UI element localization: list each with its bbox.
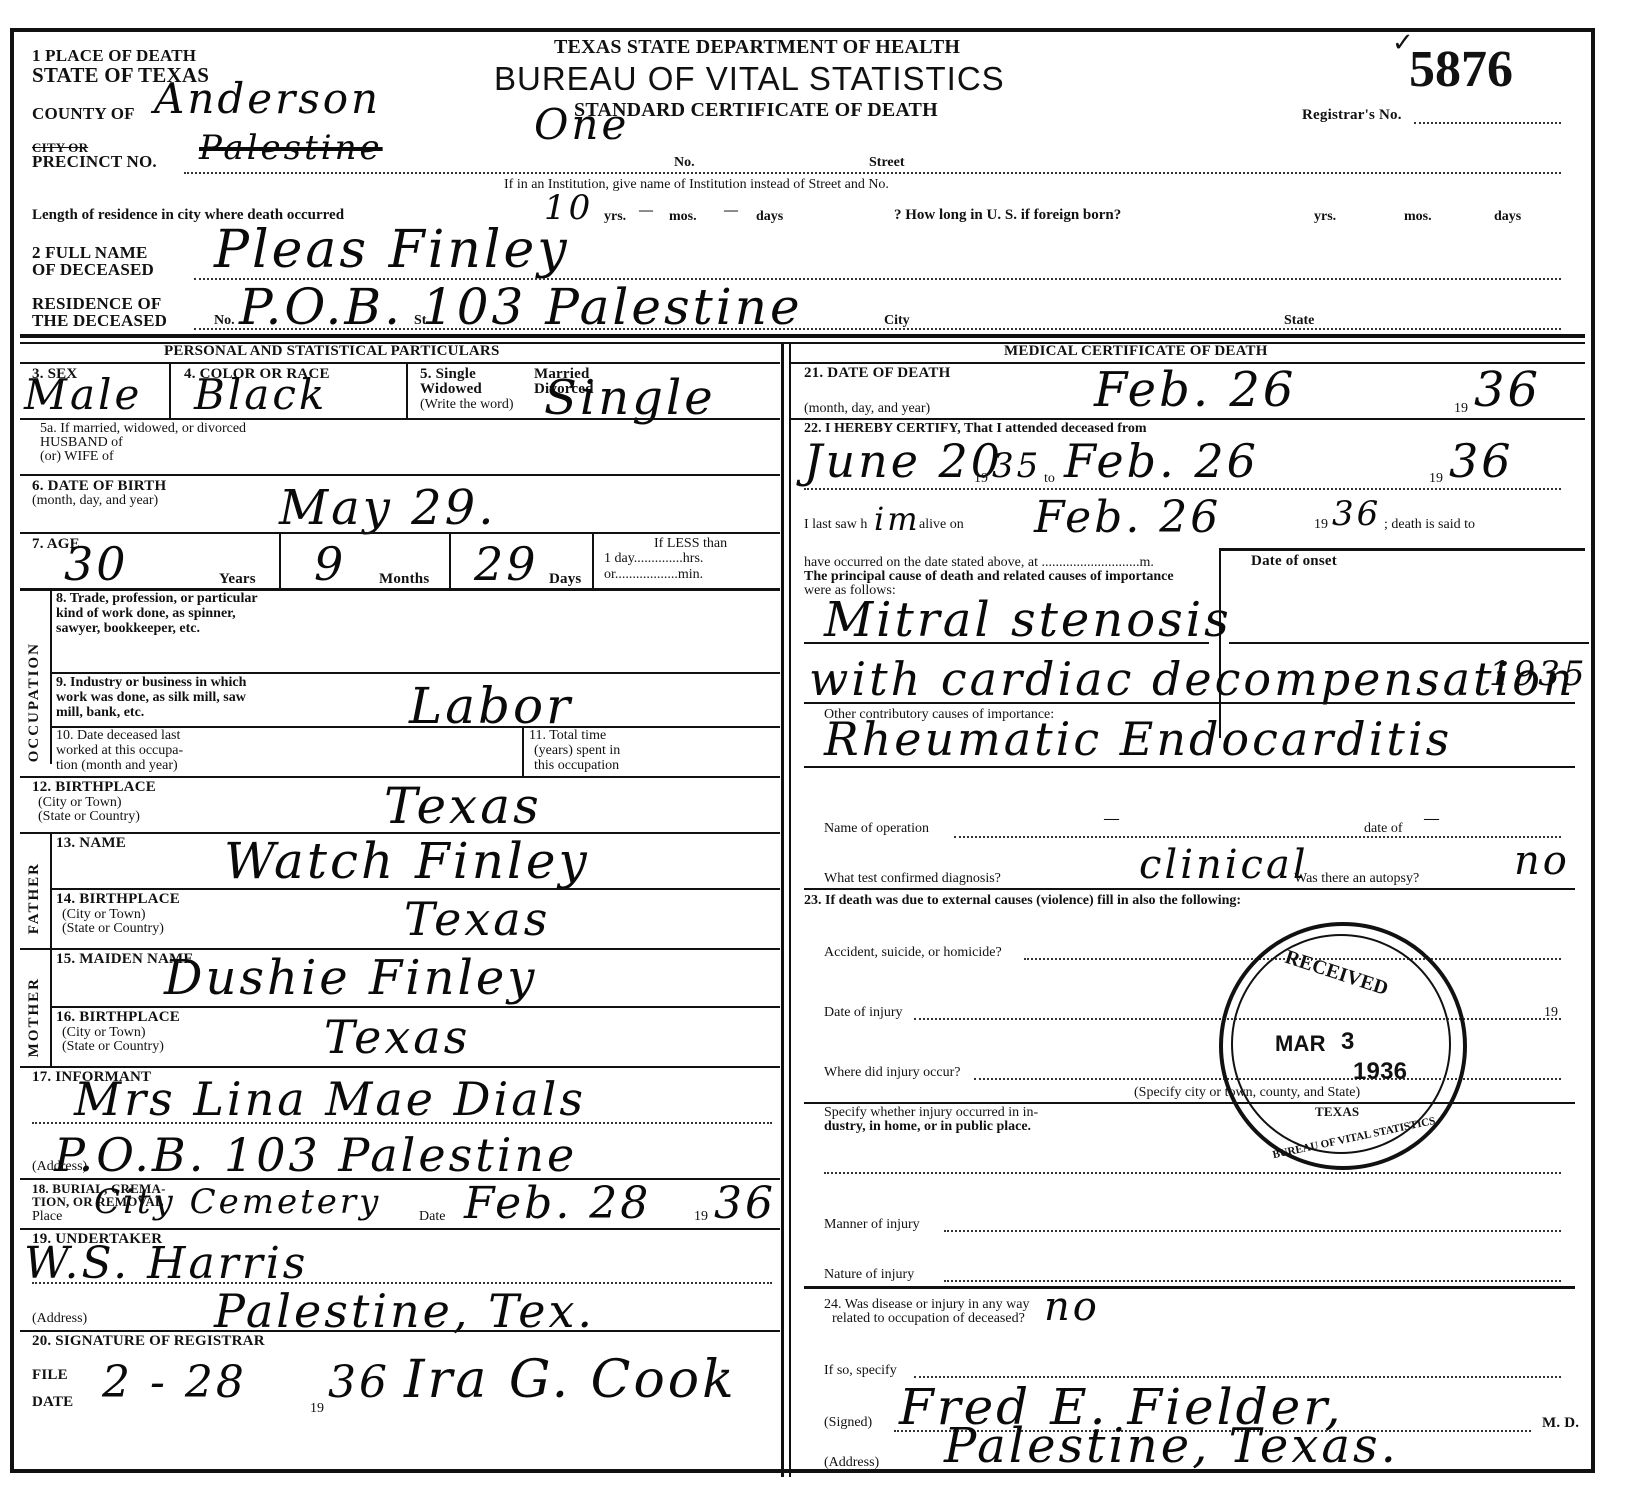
- burial-place-value: City Cemetery: [94, 1182, 381, 1222]
- marital-widowed-label: Widowed: [420, 382, 482, 397]
- autopsy-value: no: [1514, 838, 1570, 884]
- last-saw-year: 36: [1332, 494, 1381, 534]
- operation-value: —: [1104, 812, 1119, 827]
- less-than-label: If LESS than: [654, 537, 727, 551]
- cause-line-1: Mitral stenosis: [824, 592, 1232, 648]
- attended-from-year: 35: [992, 446, 1041, 486]
- attended-to-year: 36: [1449, 434, 1514, 488]
- attended-to-year-prefix: 19: [1429, 472, 1443, 486]
- marital-write-label: (Write the word): [420, 398, 514, 412]
- personal-section-title: PERSONAL AND STATISTICAL PARTICULARS: [164, 344, 500, 359]
- dod-year-value: 36: [1474, 362, 1541, 418]
- spouse-label-2: HUSBAND of: [40, 436, 123, 450]
- trade-label-3: sawyer, bookkeeper, etc.: [56, 622, 200, 636]
- operation-label: Name of operation: [824, 822, 929, 836]
- industry-label: 9. Industry or business in which: [56, 676, 246, 690]
- dod-value: Feb. 26: [1094, 362, 1296, 418]
- dod-label-2: (month, day, and year): [804, 402, 930, 416]
- autopsy-label: Was there an autopsy?: [1294, 872, 1419, 886]
- spouse-label-3: (or) WIFE of: [40, 450, 114, 464]
- department-title: TEXAS STATE DEPARTMENT OF HEALTH: [554, 37, 960, 57]
- physician-address-value: Palestine, Texas.: [944, 1418, 1399, 1474]
- residence-days: —: [724, 204, 738, 218]
- dob-value: May 29.: [279, 480, 496, 536]
- informant-name-value: Mrs Lina Mae Dials: [74, 1072, 586, 1126]
- mother-maiden-name-value: Dushie Finley: [164, 950, 537, 1006]
- operation-date-label: date of: [1364, 822, 1402, 836]
- stamp-day: 3: [1341, 1034, 1355, 1049]
- external-causes-label: 23. If death was due to external causes …: [804, 894, 1241, 908]
- stamp-year: 1936: [1353, 1064, 1407, 1079]
- burial-date-label: Date: [419, 1210, 445, 1224]
- days-label: days: [756, 210, 783, 224]
- registrar-signature: Ira G. Cook: [404, 1350, 737, 1410]
- last-saw-value: Feb. 26: [1034, 492, 1221, 543]
- residence-no-label: No.: [214, 314, 235, 328]
- full-name-label-2: OF DECEASED: [32, 261, 154, 278]
- physician-address-label: (Address): [824, 1456, 879, 1470]
- county-value: Anderson: [154, 74, 381, 123]
- county-label: COUNTY OF: [32, 106, 135, 121]
- precinct-value-struck: Palestine: [199, 128, 383, 168]
- form-title: STANDARD CERTIFICATE OF DEATH: [574, 100, 938, 120]
- foreign-yrs-label: yrs.: [1314, 210, 1336, 224]
- father-birthplace-label-2: (City or Town): [62, 908, 146, 922]
- foreign-born-label: ? How long in U. S. if foreign born?: [894, 208, 1121, 222]
- injury-place-label: Where did injury occur?: [824, 1066, 960, 1080]
- diagnosis-value: clinical: [1139, 842, 1309, 888]
- place-of-death-label: 1 PLACE OF DEATH: [32, 48, 196, 63]
- age-months: 9: [314, 537, 346, 591]
- mos-label: mos.: [669, 210, 697, 224]
- injury-type-label: Specify whether injury occurred in in-: [824, 1106, 1038, 1120]
- total-time-label: 11. Total time: [529, 729, 606, 743]
- no-label: No.: [674, 156, 695, 170]
- file-year-value: 36: [328, 1357, 390, 1408]
- residence-label-2: THE DECEASED: [32, 312, 167, 329]
- received-stamp: RECEIVED MAR 3 1936 TEXAS BUREAU OF VITA…: [1219, 922, 1467, 1170]
- full-name-value: Pleas Finley: [214, 220, 570, 280]
- informant-address-value: P.O.B. 103 Palestine: [54, 1128, 577, 1182]
- residence-months: —: [639, 204, 653, 218]
- father-side-label: FATHER: [26, 862, 43, 934]
- bureau-title: BUREAU OF VITAL STATISTICS: [494, 62, 1005, 96]
- father-name-value: Watch Finley: [224, 832, 590, 890]
- birthplace-label-2: (City or Town): [38, 796, 122, 810]
- foreign-days-label: days: [1494, 210, 1521, 224]
- father-name-label: 13. NAME: [56, 836, 126, 851]
- industry-label-3: mill, bank, etc.: [56, 706, 144, 720]
- city-label: City: [884, 314, 910, 328]
- md-label: M. D.: [1542, 1416, 1579, 1431]
- occupation-related-label-2: related to occupation of deceased?: [832, 1312, 1025, 1326]
- race-value: Black: [194, 370, 327, 419]
- cause-onset: 1935: [1489, 654, 1588, 694]
- death-said-label: ; death is said to: [1384, 518, 1475, 532]
- file-date-value: 2 - 28: [102, 1357, 247, 1408]
- registrar-label: 20. SIGNATURE OF REGISTRAR: [32, 1334, 265, 1349]
- mother-birthplace-value: Texas: [324, 1010, 470, 1064]
- burial-year-value: 36: [714, 1178, 776, 1229]
- burial-year-prefix: 19: [694, 1210, 708, 1224]
- mother-birthplace-label-2: (City or Town): [62, 1026, 146, 1040]
- injury-date-label: Date of injury: [824, 1006, 903, 1020]
- principal-cause-label: The principal cause of death and related…: [804, 570, 1174, 584]
- father-birthplace-label: 14. BIRTHPLACE: [56, 892, 180, 907]
- days-age-label: Days: [549, 572, 581, 587]
- father-birthplace-value: Texas: [404, 892, 550, 946]
- registrar-no-label: Registrar's No.: [1302, 108, 1402, 123]
- nature-label: Nature of injury: [824, 1268, 914, 1282]
- accident-label: Accident, suicide, or homicide?: [824, 946, 1002, 960]
- mother-birthplace-label-3: (State or Country): [62, 1040, 164, 1054]
- burial-date-value: Feb. 28: [464, 1178, 651, 1229]
- file-label: FILE: [32, 1368, 68, 1383]
- marital-single-label: 5. Single: [420, 367, 476, 382]
- certificate-number: 5876: [1409, 44, 1513, 96]
- dod-label: 21. DATE OF DEATH: [804, 366, 950, 381]
- date-label: DATE: [32, 1395, 73, 1410]
- stamp-month: MAR: [1275, 1036, 1326, 1051]
- years-label: Years: [219, 572, 256, 587]
- last-saw-year-prefix: 19: [1314, 518, 1328, 532]
- months-label: Months: [379, 572, 429, 587]
- spouse-label: 5a. If married, widowed, or divorced: [40, 422, 246, 436]
- last-saw-pronoun: im: [874, 500, 921, 538]
- total-time-label-3: this occupation: [534, 759, 619, 773]
- total-time-label-2: (years) spent in: [534, 744, 620, 758]
- occupation-related-label: 24. Was disease or injury in any way: [824, 1298, 1029, 1312]
- alive-on-label: alive on: [919, 518, 964, 532]
- occupation-related-value: no: [1044, 1284, 1100, 1330]
- to-label: to: [1044, 472, 1055, 486]
- state-field-label: State: [1284, 314, 1314, 328]
- yrs-label: yrs.: [604, 210, 626, 224]
- mother-birthplace-label: 16. BIRTHPLACE: [56, 1010, 180, 1025]
- cause-line-2: with cardiac decompensation: [809, 652, 1576, 706]
- attended-from-year-prefix: 19: [974, 472, 988, 486]
- last-saw-label: I last saw h: [804, 518, 867, 532]
- column-divider: [781, 342, 784, 1477]
- medical-section-title: MEDICAL CERTIFICATE OF DEATH: [1004, 344, 1268, 359]
- date-of-onset-label: Date of onset: [1239, 554, 1349, 569]
- foreign-mos-label: mos.: [1404, 210, 1432, 224]
- dod-year-prefix: 19: [1454, 402, 1468, 416]
- operation-date-value: —: [1424, 812, 1439, 827]
- father-birthplace-label-3: (State or Country): [62, 922, 164, 936]
- precinct-label: PRECINCT NO.: [32, 154, 157, 169]
- undertaker-address-label: (Address): [32, 1312, 87, 1326]
- sex-value: Male: [24, 370, 142, 419]
- injury-year-prefix: 19: [1544, 1006, 1558, 1020]
- last-worked-label-3: tion (month and year): [56, 759, 178, 773]
- signed-label: (Signed): [824, 1416, 872, 1430]
- manner-label: Manner of injury: [824, 1218, 920, 1232]
- burial-place-label: Place: [32, 1210, 62, 1224]
- last-worked-label: 10. Date deceased last: [56, 729, 180, 743]
- industry-label-2: work was done, as silk mill, saw: [56, 691, 246, 705]
- specify-label: If so, specify: [824, 1364, 897, 1378]
- stamp-state: TEXAS: [1315, 1104, 1359, 1119]
- file-year-prefix: 19: [310, 1402, 324, 1416]
- mother-side-label: MOTHER: [26, 977, 43, 1057]
- age-days: 29: [474, 537, 539, 591]
- contributory-value: Rheumatic Endocarditis: [824, 712, 1452, 766]
- occupation-side-label: OCCUPATION: [26, 642, 43, 762]
- dob-label-2: (month, day, and year): [32, 494, 158, 508]
- age-years: 30: [64, 537, 129, 591]
- occurred-label: have occurred on the date stated above, …: [804, 556, 1154, 570]
- birthplace-value: Texas: [384, 777, 542, 835]
- less-than-hours: 1 day..............hrs.: [604, 552, 703, 566]
- last-worked-label-2: worked at this occupa-: [56, 744, 183, 758]
- full-name-label: 2 FULL NAME: [32, 244, 148, 261]
- attended-to-value: Feb. 26: [1064, 434, 1259, 488]
- trade-label: 8. Trade, profession, or particular: [56, 592, 258, 606]
- street-label: Street: [869, 156, 905, 170]
- diagnosis-label: What test confirmed diagnosis?: [824, 872, 1001, 886]
- injury-type-label-2: dustry, in home, or in public place.: [824, 1120, 1031, 1134]
- death-certificate: 1 PLACE OF DEATH STATE OF TEXAS COUNTY O…: [10, 28, 1595, 1473]
- residence-label: RESIDENCE OF: [32, 295, 161, 312]
- trade-label-2: kind of work done, as spinner,: [56, 607, 236, 621]
- less-than-minutes: or..................min.: [604, 568, 703, 582]
- dob-label: 6. DATE OF BIRTH: [32, 479, 166, 494]
- birthplace-label: 12. BIRTHPLACE: [32, 780, 156, 795]
- birthplace-label-3: (State or Country): [38, 810, 140, 824]
